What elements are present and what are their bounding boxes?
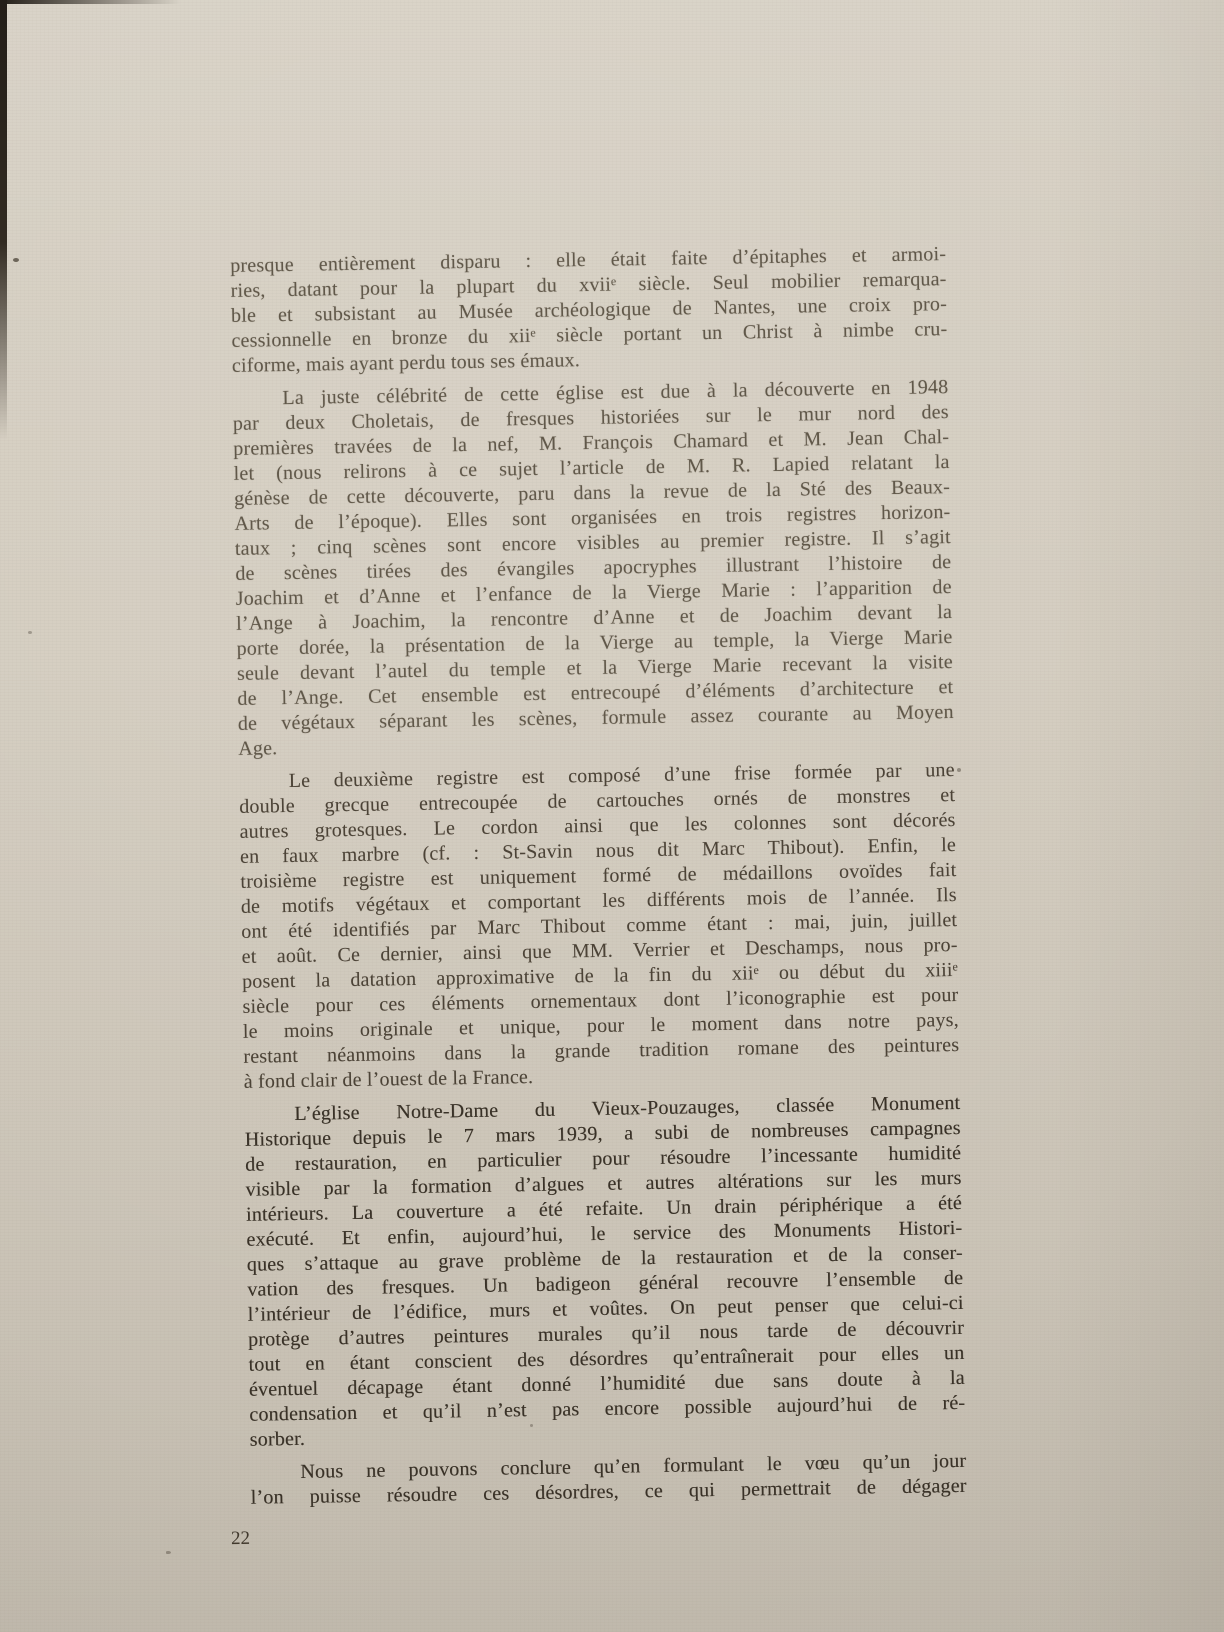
ink-speck [28,631,32,634]
ink-speck [13,258,19,262]
page-number: 22 [231,1528,250,1550]
paragraph: Le deuxième registre est composé d’une f… [239,758,960,1095]
scanned-book-page: presque entièrement disparu : elle était… [0,0,1224,1632]
paragraph: presque entièrement disparu : elle était… [230,242,948,379]
paragraph: L’église Notre-Dame du Vieux-Pouzauges, … [244,1091,966,1453]
page-text-block: presque entièrement disparu : elle était… [230,242,967,1519]
paragraph: La juste célébrité de cette église est d… [232,375,954,762]
paragraph: Nous ne pouvons conclure qu’en formulant… [250,1449,967,1511]
scan-edge-top [0,0,180,4]
ink-speck [957,768,961,772]
scan-edge-left [0,0,7,440]
ink-speck [166,1551,171,1554]
